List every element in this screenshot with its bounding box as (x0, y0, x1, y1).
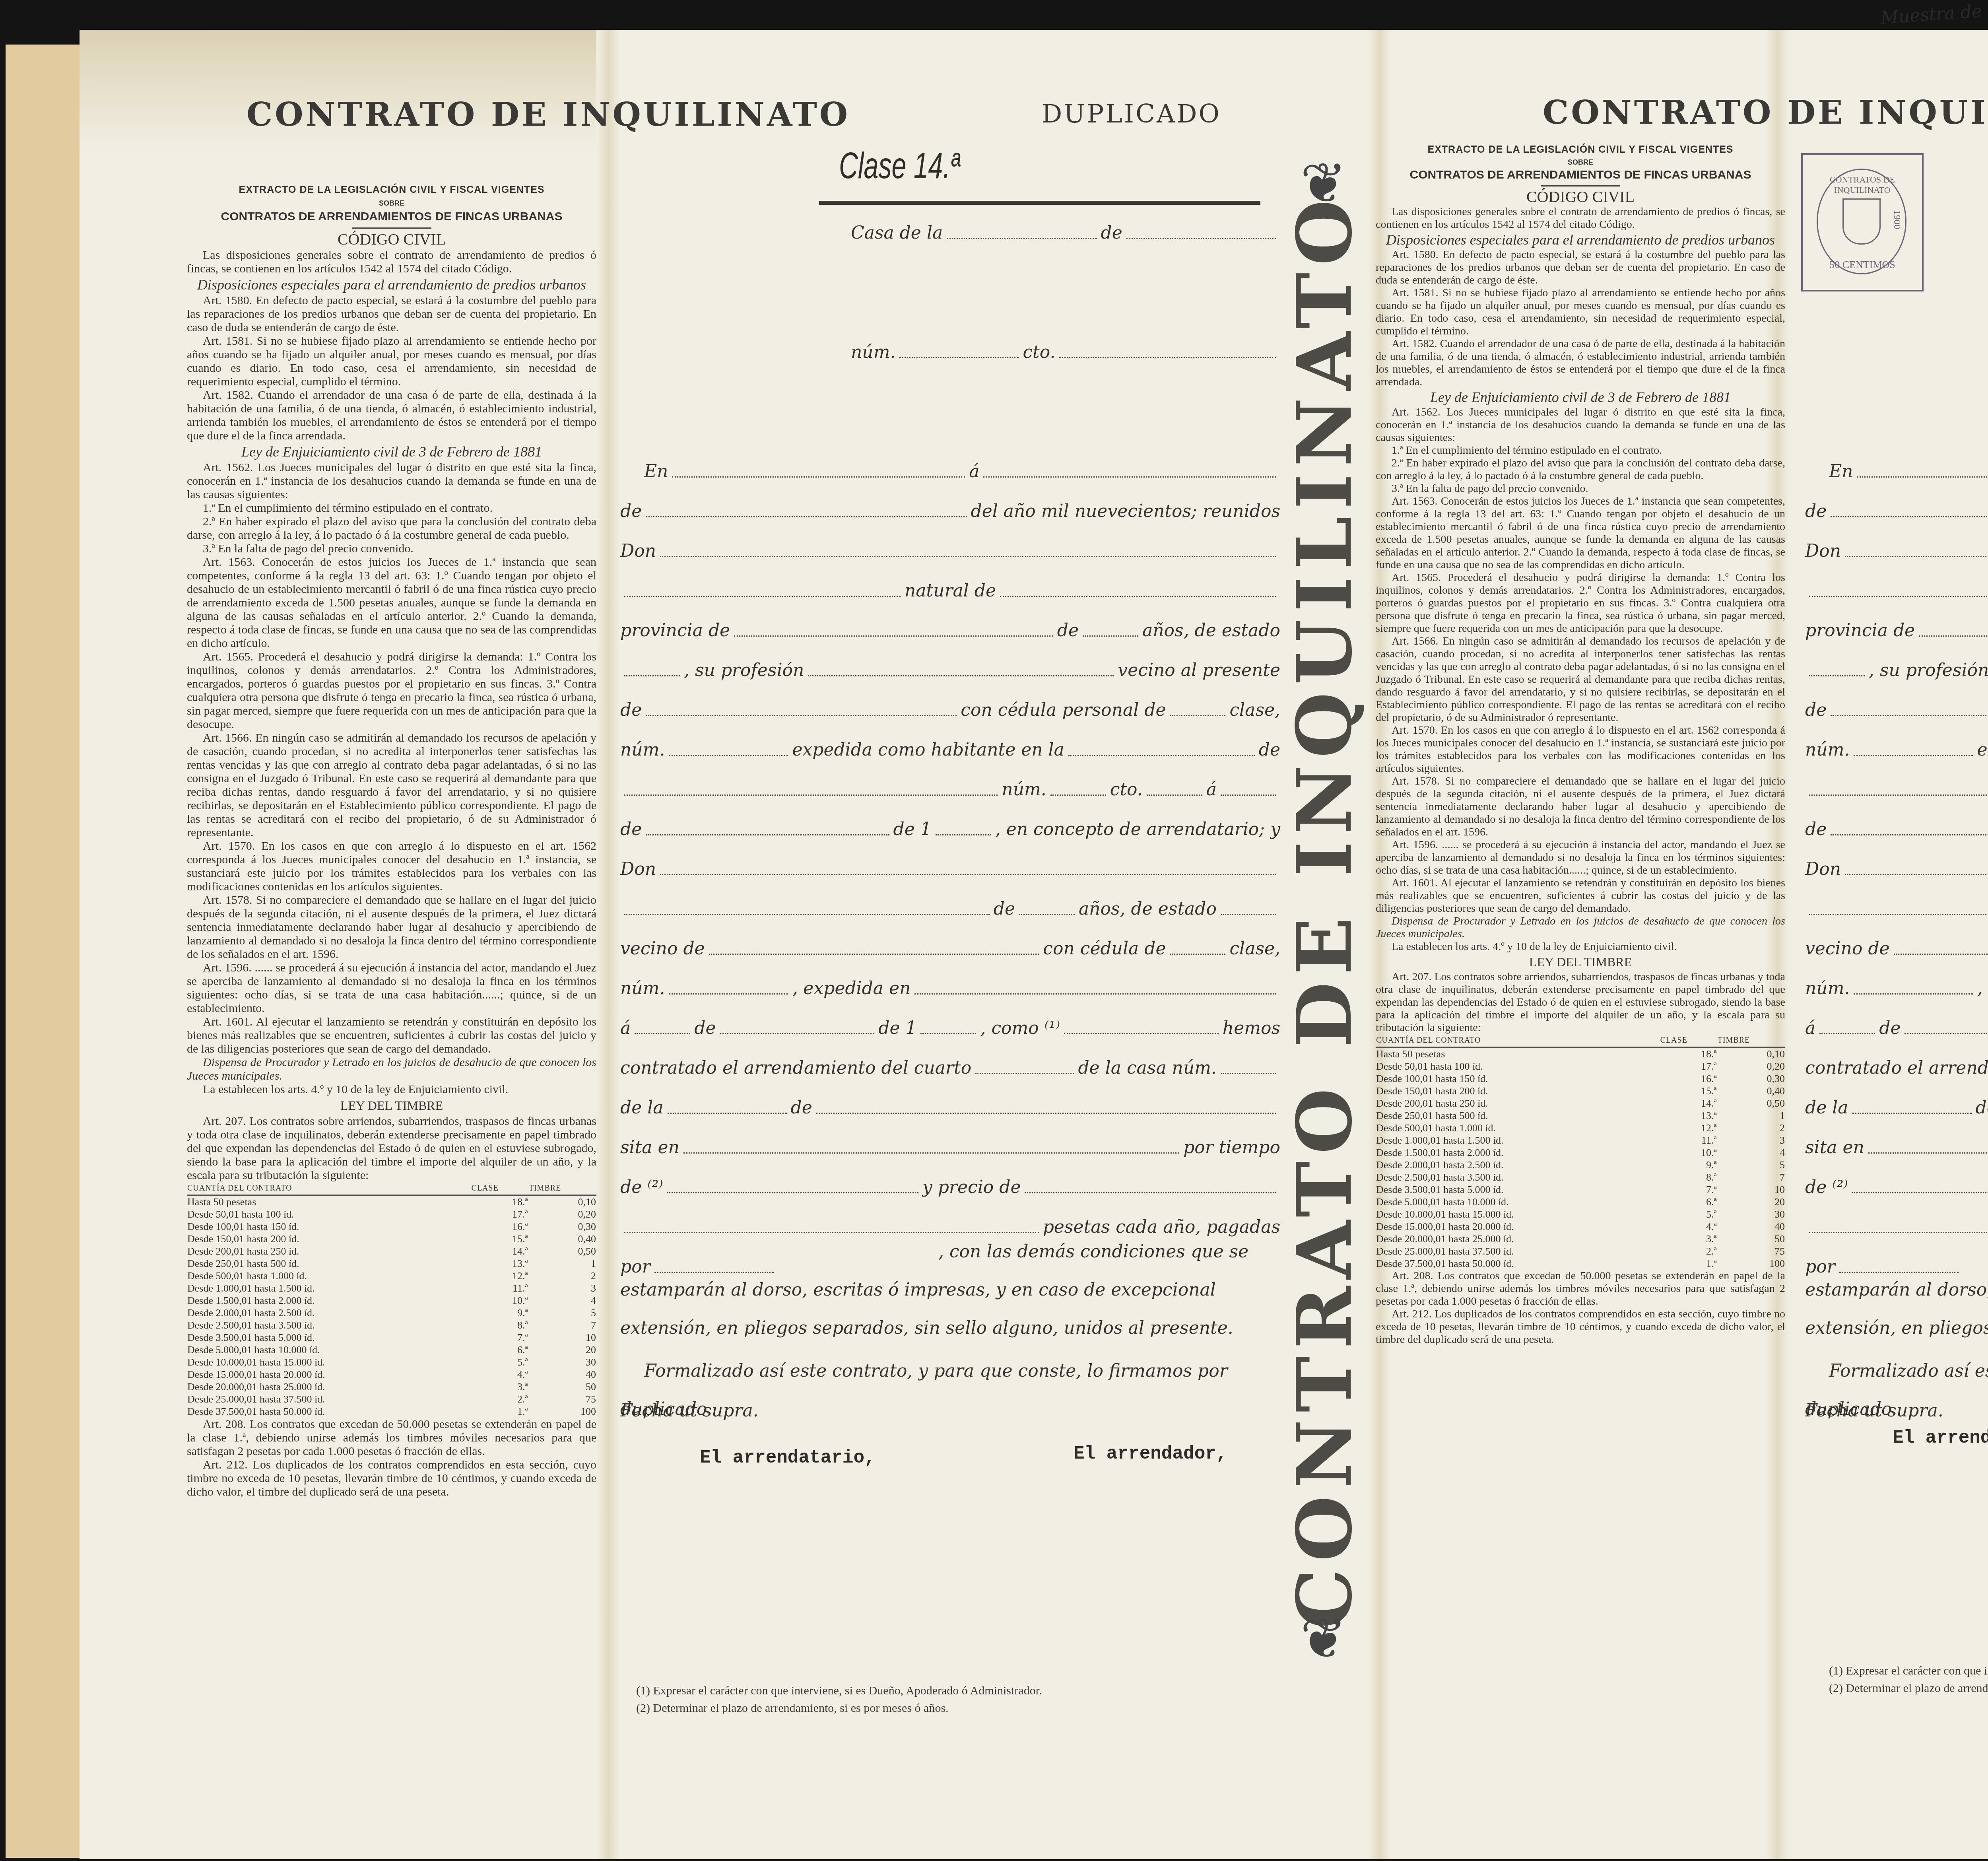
table-row: Desde 500,01 hasta 1.000 íd.12.ª2 (187, 1270, 596, 1282)
footnote-2: (2) Determinar el plazo de arrendamiento… (1829, 1680, 1988, 1697)
timbre-cell: 0,20 (1717, 1060, 1785, 1072)
field-mes[interactable] (1831, 516, 1988, 517)
field-provincia[interactable] (1919, 635, 1988, 637)
field-ano[interactable] (936, 834, 991, 835)
label: Casa de la (851, 223, 943, 243)
field-precio[interactable] (1025, 1192, 1276, 1193)
table-row: Desde 150,01 hasta 200 íd.15.ª0,40 (1376, 1085, 1785, 1097)
stamp-scale-table: CUANTÍA DEL CONTRATO CLASE TIMBRE Hasta … (1376, 1034, 1785, 1270)
field-casa-de[interactable] (1126, 238, 1276, 239)
label: vecino al presente (1118, 660, 1280, 680)
label: á (1805, 1018, 1815, 1038)
label: En (644, 461, 668, 482)
table-row: Desde 150,01 hasta 200 íd.15.ª0,40 (187, 1233, 596, 1245)
form-row-num: núm. cto. (851, 342, 1280, 362)
table-row: Desde 3.500,01 hasta 5.000 íd.7.ª10 (187, 1331, 596, 1344)
art-1581: Art. 1581. Si no se hubiese fijado plazo… (187, 334, 596, 389)
cuantia-cell: Desde 150,01 hasta 200 íd. (1376, 1085, 1660, 1097)
table-row: Desde 5.000,01 hasta 10.000 íd.6.ª20 (1376, 1196, 1785, 1208)
table-row: Desde 5.000,01 hasta 10.000 íd.6.ª20 (187, 1344, 596, 1356)
field-casa[interactable] (947, 238, 1097, 239)
label: núm. (620, 978, 665, 998)
fecha-text: Fecha ut supra. (620, 1392, 1280, 1430)
art-1582: Art. 1582. Cuando el arrendador de una c… (187, 389, 596, 443)
timbre-cell: 50 (1717, 1233, 1785, 1245)
field-plazo[interactable] (667, 1192, 918, 1193)
art-212: Art. 212. Los duplicados de los contrato… (1376, 1308, 1785, 1346)
timbre-cell: 0,30 (528, 1220, 596, 1233)
timbre-cell: 4 (1717, 1146, 1785, 1159)
form-row-vecino2: vecino de con cédula de clase, (620, 938, 1280, 959)
field-habitante[interactable] (1068, 755, 1255, 756)
timbre-cell: 5 (528, 1307, 596, 1319)
form-row-de-la: de la de (620, 1098, 1280, 1118)
label: vecino de (1805, 938, 1890, 959)
causa-1: 1.ª En el cumplimiento del término estip… (187, 501, 596, 515)
cuantia-cell: Desde 2.000,01 hasta 2.500 íd. (1376, 1159, 1660, 1171)
label: cto. (1023, 342, 1055, 362)
clase-cell: 4.ª (471, 1368, 528, 1381)
label: de (1101, 223, 1122, 243)
table-row: Desde 1.000,01 hasta 1.500 íd.11.ª3 (187, 1282, 596, 1294)
art-207: Art. 207. Los contratos sobre arriendos,… (187, 1115, 596, 1182)
label: núm. (851, 342, 895, 362)
field-don2[interactable] (1845, 874, 1988, 875)
field-don2[interactable] (660, 874, 1276, 875)
section-ley-enjuiciamiento: Ley de Enjuiciamiento civil de 3 de Febr… (187, 445, 596, 458)
cuantia-cell: Desde 25.000,01 hasta 37.500 íd. (187, 1393, 471, 1405)
table-row: Desde 37.500,01 hasta 50.000 íd.1.ª100 (187, 1405, 596, 1418)
form-row-precio: de ⁽²⁾ y precio de (620, 1177, 1280, 1197)
timbre-cell: 100 (528, 1405, 596, 1418)
label: , su profesión (1869, 660, 1988, 680)
field-estado2[interactable] (1221, 914, 1276, 915)
cuantia-cell: Desde 250,01 hasta 500 íd. (1376, 1109, 1660, 1122)
label: de (1805, 819, 1827, 839)
label: de (1879, 1018, 1901, 1038)
clase-cell: 17.ª (1660, 1060, 1717, 1072)
col-cuantia: CUANTÍA DEL CONTRATO (1376, 1034, 1660, 1047)
clase-cell: 5.ª (471, 1356, 528, 1368)
field-num2[interactable] (1050, 795, 1106, 796)
art-1562: Art. 1562. Los Jueces municipales del lu… (187, 461, 596, 501)
clase-cell: 13.ª (1660, 1109, 1717, 1122)
label: núm. (1002, 779, 1046, 800)
form-row-de: de del año mil nuevecientos; reunidos (620, 501, 1280, 521)
left-legal-extract: EXTRACTO DE LA LEGISLACIÓN CIVIL Y FISCA… (187, 183, 596, 1499)
label: con cédula de (1043, 938, 1166, 959)
cuantia-cell: Desde 3.500,01 hasta 5.000 íd. (1376, 1183, 1660, 1196)
field-ano2[interactable] (920, 1033, 976, 1034)
timbre-cell: 3 (1717, 1134, 1785, 1146)
cuantia-cell: Desde 2.500,01 hasta 3.500 íd. (187, 1319, 471, 1331)
art-1563: Art. 1563. Conocerán de estos juicios lo… (187, 556, 596, 650)
field-de-la[interactable] (668, 1113, 787, 1114)
table-row: Desde 10.000,01 hasta 15.000 íd.5.ª30 (187, 1356, 596, 1368)
label: , como ⁽¹⁾ (980, 1018, 1060, 1038)
art-1596: Art. 1596. ...... se procederá á su ejec… (187, 961, 596, 1015)
form-row-casa: Casa de la de (851, 223, 1280, 243)
timbre-cell: 20 (1717, 1196, 1785, 1208)
table-row: Desde 1.000,01 hasta 1.500 íd.11.ª3 (1376, 1134, 1785, 1146)
art-212: Art. 212. Los duplicados de los contrato… (187, 1458, 596, 1499)
clase-cell: 15.ª (471, 1233, 528, 1245)
col-clase: CLASE (1660, 1034, 1717, 1047)
signature-arrendador: El arrendador, (1074, 1443, 1227, 1464)
form-row-sita: sita en por tiempo (1805, 1137, 1988, 1158)
timbre-cell: 1 (528, 1257, 596, 1270)
cuantia-cell: Desde 1.000,01 hasta 1.500 íd. (187, 1282, 471, 1294)
cuantia-cell: Desde 1.500,01 hasta 2.000 íd. (1376, 1146, 1660, 1159)
table-row: Desde 15.000,01 hasta 20.000 íd.4.ª40 (1376, 1220, 1785, 1233)
clase-cell: 16.ª (1660, 1072, 1717, 1085)
label: expedida como habitante en la (792, 740, 1064, 760)
label: de (994, 899, 1015, 919)
timbre-cell: 7 (1717, 1171, 1785, 1183)
label: Don (620, 859, 656, 879)
legal-header-3: CONTRATOS DE ARRENDAMIENTOS DE FINCAS UR… (1376, 169, 1785, 181)
label: sita en (1805, 1137, 1864, 1158)
table-row: Desde 15.000,01 hasta 20.000 íd.4.ª40 (187, 1368, 596, 1381)
cuantia-cell: Desde 10.000,01 hasta 15.000 íd. (1376, 1208, 1660, 1220)
label: del año mil nuevecientos; reunidos (971, 501, 1281, 521)
field-mes2[interactable] (646, 834, 889, 835)
field-cedula-num[interactable] (1854, 755, 1973, 756)
clase-cell: 13.ª (471, 1257, 528, 1270)
art-1566: Art. 1566. En ningún caso se admitirán a… (187, 731, 596, 839)
label: de (1057, 620, 1079, 641)
table-row: Desde 2.000,01 hasta 2.500 íd.9.ª5 (1376, 1159, 1785, 1171)
dispensa-ref: La establecen los arts. 4.º y 10 de la l… (1376, 940, 1785, 953)
table-row: Desde 25.000,01 hasta 37.500 íd.2.ª75 (187, 1393, 596, 1405)
label: de (791, 1098, 812, 1118)
field-don[interactable] (660, 556, 1276, 557)
field-num[interactable] (899, 357, 1019, 358)
clase-cell: 3.ª (471, 1381, 528, 1393)
field-natural[interactable] (1000, 596, 1276, 597)
field-cuarto[interactable] (975, 1073, 1074, 1074)
table-row: Desde 2.000,01 hasta 2.500 íd.9.ª5 (187, 1307, 596, 1319)
form-row-concepto: de de 1 , en concepto de arrendatario; y (1805, 819, 1988, 839)
clase-cell: 10.ª (1660, 1146, 1717, 1159)
form-row-anos2: de años, de estado (1805, 899, 1988, 919)
field-plazo[interactable] (1852, 1192, 1988, 1193)
form-row-expedida: núm. expedida como habitante en la de (620, 740, 1280, 760)
field-en[interactable] (1857, 476, 1988, 478)
cuantia-cell: Desde 10.000,01 hasta 15.000 íd. (187, 1356, 471, 1368)
clase-cell: 11.ª (471, 1282, 528, 1294)
paper-fold (596, 30, 620, 1859)
field-don2-cont[interactable] (1809, 914, 1988, 915)
clase-cell: 11.ª (1660, 1134, 1717, 1146)
label: de (1805, 700, 1827, 720)
cuantia-cell: Desde 500,01 hasta 1.000 íd. (1376, 1122, 1660, 1134)
label: de la (1805, 1098, 1848, 1118)
stamp-scale-table: CUANTÍA DEL CONTRATO CLASE TIMBRE Hasta … (187, 1182, 596, 1418)
field-cedula-clase2[interactable] (1170, 954, 1225, 955)
timbre-cell: 100 (1717, 1257, 1785, 1270)
label: de ⁽²⁾ (620, 1177, 663, 1197)
duplicado-label: DUPLICADO (1042, 99, 1221, 129)
clase-cell: 4.ª (1660, 1220, 1717, 1233)
label: provincia de (1805, 620, 1915, 641)
label: de 1 (878, 1018, 916, 1038)
art-1562: Art. 1562. Los Jueces municipales del lu… (1376, 406, 1785, 444)
form-row-cuarto: contratado el arrendamiento del cuarto d… (620, 1058, 1280, 1078)
field-estado[interactable] (1809, 675, 1865, 676)
label: de (620, 501, 642, 521)
form-row-como: á de de 1 , como ⁽¹⁾ hemos (620, 1018, 1280, 1038)
label: á (620, 1018, 631, 1038)
field-vecino2[interactable] (709, 954, 1039, 955)
clase-cell: 14.ª (471, 1245, 528, 1257)
label: provincia de (620, 620, 730, 641)
form-row-expedida2: núm. , expedida en (620, 978, 1280, 998)
table-row: Desde 10.000,01 hasta 15.000 íd.5.ª30 (1376, 1208, 1785, 1220)
form-row-de-la: de la de (1805, 1098, 1988, 1118)
label: á (969, 461, 979, 482)
field-dia[interactable] (1221, 795, 1276, 796)
causa-2: 2.ª En haber expirado el plazo del aviso… (187, 515, 596, 542)
field-don[interactable] (1845, 556, 1988, 557)
form-row-natural: natural de (1805, 581, 1988, 601)
cuantia-cell: Desde 20.000,01 hasta 25.000 íd. (1376, 1233, 1660, 1245)
label: núm. (1805, 740, 1850, 760)
field-expedida-en[interactable] (914, 993, 1276, 995)
timbre-cell: 0,40 (528, 1233, 596, 1245)
table-row: Desde 37.500,01 hasta 50.000 íd.1.ª100 (1376, 1257, 1785, 1270)
cuantia-cell: Desde 15.000,01 hasta 20.000 íd. (187, 1368, 471, 1381)
form-row-provincia: provincia de de años, de estado (1805, 620, 1988, 641)
art-1582: Art. 1582. Cuando el arrendador de una c… (1376, 338, 1785, 389)
cuantia-cell: Desde 100,01 hasta 150 íd. (1376, 1072, 1660, 1085)
cuantia-cell: Desde 5.000,01 hasta 10.000 íd. (187, 1344, 471, 1356)
clase-cell: 8.ª (471, 1319, 528, 1331)
form-row-expedida2: núm. , expedida en (1805, 978, 1988, 998)
field-don-cont[interactable] (1809, 596, 1988, 597)
cuantia-cell: Desde 500,01 hasta 1.000 íd. (187, 1270, 471, 1282)
right-contract-form: Casa de la de núm. cto. En á de del año … (1805, 223, 1988, 1575)
causa-3: 3.ª En la falta de pago del precio conve… (1376, 482, 1785, 495)
table-row: Hasta 50 pesetas18.ª0,10 (187, 1195, 596, 1208)
timbre-cell: 0,50 (528, 1245, 596, 1257)
clase-cell: 18.ª (1660, 1047, 1717, 1061)
field-sita-en[interactable] (1868, 1152, 1988, 1154)
form-row-natural: natural de (620, 581, 1280, 601)
table-row: Desde 2.500,01 hasta 3.500 íd.8.ª7 (1376, 1171, 1785, 1183)
divider (1541, 185, 1620, 186)
clase-cell: 1.ª (471, 1405, 528, 1418)
art-1570: Art. 1570. En los casos en que con arreg… (187, 839, 596, 894)
ornament-bottom-icon: ❦ (1300, 1607, 1347, 1671)
field-cedula-num[interactable] (669, 755, 788, 756)
clase-cell: 14.ª (1660, 1097, 1717, 1109)
table-row: Desde 3.500,01 hasta 5.000 íd.7.ª10 (1376, 1183, 1785, 1196)
label: de (1976, 1098, 1988, 1118)
clase-cell: 12.ª (471, 1270, 528, 1282)
section-especiales: Disposiciones especiales para el arrenda… (1376, 233, 1785, 246)
field-casa-num[interactable] (1221, 1073, 1276, 1074)
timbre-cell: 10 (1717, 1183, 1785, 1196)
field-don-cont[interactable] (624, 596, 901, 597)
section-especiales: Disposiciones especiales para el arrenda… (187, 278, 596, 291)
field-a[interactable] (983, 476, 1276, 478)
art-1596: Art. 1596. ...... se procederá á su ejec… (1376, 839, 1785, 877)
label: y precio de (922, 1177, 1021, 1197)
field-cedula-num2[interactable] (1854, 993, 1973, 995)
field-provincia[interactable] (734, 635, 1053, 637)
field-vecino[interactable] (1831, 715, 1988, 716)
art-1563: Art. 1563. Conocerán de estos juicios lo… (1376, 495, 1785, 571)
cuantia-cell: Desde 1.000,01 hasta 1.500 íd. (1376, 1134, 1660, 1146)
clase-cell: 9.ª (1660, 1159, 1717, 1171)
timbre-cell: 10 (528, 1331, 596, 1344)
clase-cell: 1.ª (1660, 1257, 1717, 1270)
art-208: Art. 208. Los contratos que excedan de 5… (187, 1418, 596, 1458)
col-timbre: TIMBRE (1717, 1034, 1785, 1047)
field-mes3[interactable] (720, 1033, 874, 1034)
clase-cell: 7.ª (471, 1331, 528, 1344)
field-estado[interactable] (624, 675, 680, 676)
field-cto2[interactable] (1147, 795, 1202, 796)
col-clase: CLASE (471, 1182, 528, 1195)
form-row-de: de del año mil nuevecientos; reunidos (1805, 501, 1988, 521)
form-row-profesion: , su profesión vecino al presente (1805, 660, 1988, 680)
field-don2-cont[interactable] (624, 914, 990, 915)
field-calle[interactable] (1809, 795, 1988, 796)
field-en[interactable] (672, 476, 965, 478)
field-caracter[interactable] (1064, 1033, 1219, 1034)
art-1565: Art. 1565. Procederá el desahucio y podr… (1376, 571, 1785, 635)
cuantia-cell: Desde 2.500,01 hasta 3.500 íd. (1376, 1171, 1660, 1183)
label: , su profesión (684, 660, 804, 680)
causa-3: 3.ª En la falta de pago del precio conve… (187, 542, 596, 556)
label: años, de estado (1079, 899, 1217, 919)
field-cedula-clase[interactable] (1170, 715, 1225, 716)
spine-title: CONTRATO DE INQUILINATO (1284, 254, 1364, 1567)
timbre-cell: 50 (528, 1381, 596, 1393)
field-calle[interactable] (624, 795, 998, 796)
table-row: Hasta 50 pesetas18.ª0,10 (1376, 1047, 1785, 1061)
table-row: Desde 2.500,01 hasta 3.500 íd.8.ª7 (187, 1319, 596, 1331)
table-row: Desde 100,01 hasta 150 íd.16.ª0,30 (187, 1220, 596, 1233)
label: sita en (620, 1137, 679, 1158)
fecha-text: Fecha ut supra. (1805, 1392, 1988, 1430)
field-profesion[interactable] (808, 675, 1114, 676)
left-contract-form: Casa de la de núm. cto. En á de del año … (620, 223, 1280, 1575)
timbre-cell: 0,40 (1717, 1085, 1785, 1097)
table-row: Desde 20.000,01 hasta 25.000 íd.3.ª50 (1376, 1233, 1785, 1245)
art-207: Art. 207. Los contratos sobre arriendos,… (1376, 971, 1785, 1034)
label: vecino de (620, 938, 705, 959)
col-timbre: TIMBRE (528, 1182, 596, 1195)
field-vecino2[interactable] (1894, 954, 1988, 955)
field-cedula-num2[interactable] (669, 993, 788, 995)
form-row-don: Don (620, 541, 1280, 561)
footnote-1: (1) Expresar el carácter con que intervi… (1829, 1662, 1988, 1680)
timbre-cell: 0,10 (528, 1195, 596, 1208)
timbre-cell: 7 (528, 1319, 596, 1331)
clase-cell: 6.ª (471, 1344, 528, 1356)
clase-rule (819, 201, 1260, 205)
field-mes[interactable] (646, 516, 967, 517)
art-1566: Art. 1566. En ningún caso se admitirán a… (1376, 635, 1785, 724)
label: Don (620, 541, 656, 561)
field-sita-en[interactable] (683, 1152, 1179, 1154)
form-row-expedida: núm. expedida como habitante en la de (1805, 740, 1988, 760)
field-vecino[interactable] (646, 715, 957, 716)
label: Don (1805, 859, 1841, 879)
label: de la casa núm. (1078, 1058, 1217, 1078)
timbre-cell: 5 (1717, 1159, 1785, 1171)
left-clase: Clase 14.ª (839, 145, 960, 187)
cuantia-cell: Desde 37.500,01 hasta 50.000 íd. (1376, 1257, 1660, 1270)
form-row-anos2: de años, de estado (620, 899, 1280, 919)
timbre-cell: 20 (528, 1344, 596, 1356)
dispensa: Dispensa de Procurador y Letrado en los … (1376, 915, 1785, 940)
table-row: Desde 25.000,01 hasta 37.500 íd.2.ª75 (1376, 1245, 1785, 1257)
section-ley-enjuiciamiento: Ley de Enjuiciamiento civil de 3 de Febr… (1376, 391, 1785, 404)
field-dia2[interactable] (1819, 1033, 1875, 1034)
art-1570: Art. 1570. En los casos en que con arreg… (1376, 724, 1785, 775)
form-row-don: Don (1805, 541, 1988, 561)
legal-header-2: SOBRE (187, 196, 596, 210)
clase-cell: 6.ª (1660, 1196, 1717, 1208)
table-row: Desde 50,01 hasta 100 íd.17.ª0,20 (1376, 1060, 1785, 1072)
cuantia-cell: Desde 37.500,01 hasta 50.000 íd. (187, 1405, 471, 1418)
legal-header-3: CONTRATOS DE ARRENDAMIENTOS DE FINCAS UR… (187, 210, 596, 223)
field-de-la[interactable] (1852, 1113, 1972, 1114)
label: de ⁽²⁾ (1805, 1177, 1848, 1197)
left-footnotes: (1) Expresar el carácter con que intervi… (636, 1682, 1042, 1717)
cuantia-cell: Hasta 50 pesetas (187, 1195, 471, 1208)
label: hemos (1223, 1018, 1280, 1038)
label: de 1 (893, 819, 932, 839)
col-cuantia: CUANTÍA DEL CONTRATO (187, 1182, 471, 1195)
form-row-cuarto: contratado el arrendamiento del cuarto d… (1805, 1058, 1988, 1078)
label: contratado el arrendamiento del cuarto (1805, 1058, 1988, 1078)
field-edad2[interactable] (1019, 914, 1075, 915)
cuantia-cell: Desde 5.000,01 hasta 10.000 íd. (1376, 1196, 1660, 1208)
cuantia-cell: Hasta 50 pesetas (1376, 1047, 1660, 1061)
field-localidad[interactable] (816, 1113, 1276, 1114)
cuantia-cell: Desde 3.500,01 hasta 5.000 íd. (187, 1331, 471, 1344)
field-dia2[interactable] (635, 1033, 690, 1034)
field-cto[interactable] (1059, 357, 1276, 358)
label: de (1259, 740, 1280, 760)
form-row-precio: de ⁽²⁾ y precio de (1805, 1177, 1988, 1197)
field-mes3[interactable] (1905, 1033, 1988, 1034)
field-edad[interactable] (1083, 635, 1138, 637)
table-row: Desde 50,01 hasta 100 íd.17.ª0,20 (187, 1208, 596, 1220)
clase-cell: 7.ª (1660, 1183, 1717, 1196)
signature-arrendatario: El arrendatario, (700, 1447, 876, 1468)
label: , expedida en (1977, 978, 1988, 998)
clase-cell: 12.ª (1660, 1122, 1717, 1134)
label: núm. (1805, 978, 1850, 998)
clase-cell: 2.ª (471, 1393, 528, 1405)
section-codigo-civil: CÓDIGO CIVIL (1376, 190, 1785, 203)
clase-cell: 3.ª (1660, 1233, 1717, 1245)
cuantia-cell: Desde 200,01 hasta 250 íd. (1376, 1097, 1660, 1109)
art-1578: Art. 1578. Si no compareciere el demanda… (187, 894, 596, 961)
form-row-num-cto: núm. cto. á (1805, 779, 1988, 800)
timbre-cell: 0,10 (1717, 1047, 1785, 1061)
legal-header-1: EXTRACTO DE LA LEGISLACIÓN CIVIL Y FISCA… (1376, 143, 1785, 156)
field-mes2[interactable] (1831, 834, 1988, 835)
label: por tiempo (1183, 1137, 1280, 1158)
label: con cédula personal de (961, 700, 1166, 720)
